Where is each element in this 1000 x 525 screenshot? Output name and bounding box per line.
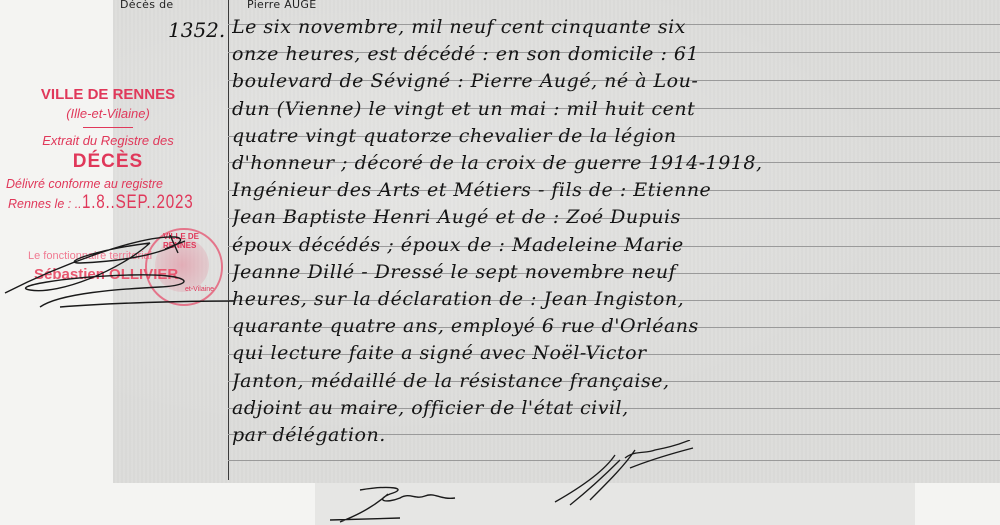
stamp-divider (83, 127, 133, 128)
header-label: Décès de (120, 0, 173, 11)
stamp-date-row: Rennes le : ..1.8..SEP..2023 (8, 192, 221, 214)
handwritten-line: époux décédés ; époux de : Madeleine Mar… (232, 234, 997, 256)
handwritten-line: heures, sur la déclaration de : Jean Ing… (232, 288, 997, 310)
handwritten-line: quatre vingt quatorze chevalier de la lé… (232, 125, 997, 147)
officer-signature-icon (535, 440, 695, 510)
declarant-signature-icon (330, 480, 480, 525)
header-deceased-name: Pierre AUGÉ (247, 0, 316, 11)
stamp-department: (Ille-et-Vilaine) (8, 106, 208, 121)
handwritten-line: onze heures, est décédé : en son domicil… (232, 43, 997, 65)
handwritten-line: Ingénieur des Arts et Métiers - fils de … (232, 179, 997, 201)
handwritten-line: d'honneur ; décoré de la croix de guerre… (232, 152, 997, 174)
act-number: 1352. (168, 18, 225, 42)
handwritten-line: Le six novembre, mil neuf cent cinquante… (232, 16, 997, 38)
stamp-register-type: DÉCÈS (8, 151, 208, 173)
handwritten-line: qui lecture faite a signé avec Noël-Vict… (232, 342, 997, 364)
stamp-date-label: Rennes le : .. (8, 197, 82, 211)
stamp-extract-label: Extrait du Registre des (8, 133, 208, 148)
handwritten-line: quarante quatre ans, employé 6 rue d'Orl… (232, 315, 997, 337)
handwritten-line: Jean Baptiste Henri Augé et de : Zoé Dup… (232, 206, 997, 228)
handwritten-line: dun (Vienne) le vingt et un mai : mil hu… (232, 98, 997, 120)
official-signature-icon (0, 225, 240, 315)
handwritten-line: Janton, médaillé de la résistance frança… (232, 370, 997, 392)
handwritten-line: adjoint au maire, officier de l'état civ… (232, 397, 997, 419)
handwritten-line: Jeanne Dillé - Dressé le sept novembre n… (232, 261, 997, 283)
stamp-delivered-note: Délivré conforme au registre (6, 177, 216, 191)
handwritten-line: boulevard de Sévigné : Pierre Augé, né à… (232, 70, 997, 92)
stamp-city: VILLE DE RENNES (8, 86, 208, 103)
stamp-date-value: 1.8..SEP..2023 (82, 192, 194, 214)
